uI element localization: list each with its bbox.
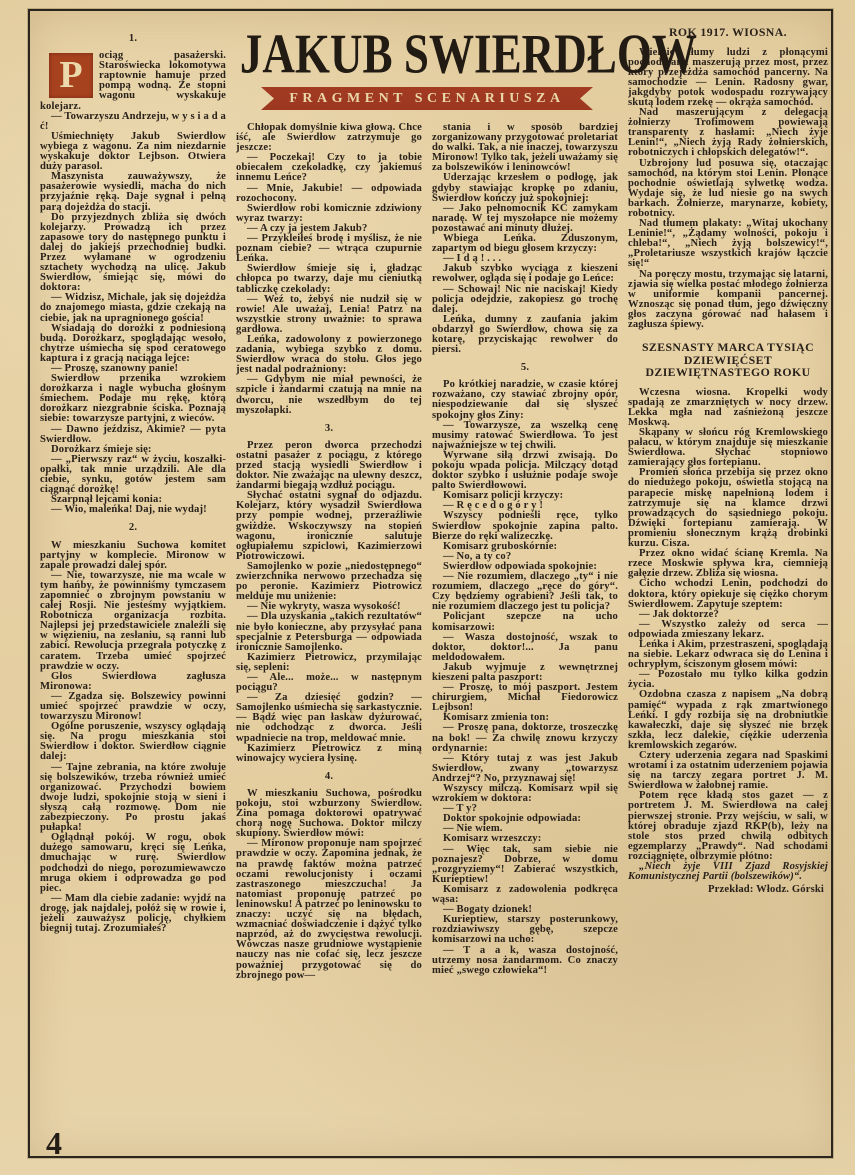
paragraph: Leńka i Akim, przestraszeni, spoglądają … [628,640,828,670]
paragraph: Skąpany w słońcu róg Kremlowskiego pałac… [628,428,828,468]
paragraph: — Jako pełnomocnik KC zamykam naradę. W … [432,204,618,234]
paragraph: Cztery uderzenia zegara nad Spaskimi wro… [628,751,828,791]
paragraph: Wczesna wiosna. Kropelki wody spadają ze… [628,388,828,428]
paragraph: — Wio, maleńka! Daj, nie wydaj! [40,505,226,515]
paragraph: Kurieptiew, starszy posterunkowy, rozdzi… [432,915,618,945]
paragraph: W mieszkaniu Suchowa, pośrodku pokoju, s… [236,789,422,839]
paragraph: Do przyjezdnych zbliża się dwóch kolejar… [40,213,226,294]
paragraph: Wbiega Leńka. Zduszonym, zapartym od bie… [432,234,618,254]
paragraph: Po krótkiej naradzie, w czasie której ro… [432,380,618,420]
paragraph: Jakub szybko wyciąga z kieszeni rewolwer… [432,264,618,284]
paragraph: — Mam dla ciebie zadanie: wyjdź na drogę… [40,894,226,934]
text-column-4: ROK 1917. WIOSNA.Wielkie tłumy ludzi z p… [628,26,828,1106]
paragraph: Cicho wchodzi Lenin, podchodzi do doktor… [628,579,828,609]
paragraph: — Nie, towarzysze, nie ma wcale w tym ha… [40,571,226,672]
paragraph: Wszyscy podnieśli ręce, tylko Swierdłow … [432,511,618,541]
paragraph: — Tajne zebrania, na które zwołuje się b… [40,763,226,834]
paragraph: — Proszę pana, doktorze, troszeczkę na b… [432,723,618,753]
paragraph: Wsiadają do dorożki z podniesioną budą. … [40,324,226,364]
slogan-paragraph: „Niech żyje VIII Zjazd Rosyjskiej Komuni… [628,862,828,882]
paragraph: — „Pierwszy raz“ w życiu, koszałki-opałk… [40,455,226,495]
paragraph: Uzbrojony lud posuwa się, otaczając samo… [628,159,828,220]
subtitle-ribbon: FRAGMENT SCENARIUSZA [261,87,593,110]
text-column-2: Chłopak domyślnie kiwa głową. Chce iść, … [236,123,422,1133]
paragraph: Kazimierz Pietrowicz z miną winowajcy wy… [236,744,422,764]
paragraph: Samojlenko w pozie „niedostępnego“ zwier… [236,562,422,602]
paragraph: — Dawno jeździsz, Akimie? — pyta Swierdł… [40,425,226,445]
section-number: 4. [236,772,422,782]
center-column-row: Chłopak domyślnie kiwa głową. Chce iść, … [236,123,618,1133]
paragraph: Maszynista zauważywszy, że pasażerowie w… [40,172,226,212]
paragraph: — Proszę, to mój paszport. Jestem chirur… [432,683,618,713]
paragraph: Policjant szepcze na ucho komisarzowi: [432,612,618,632]
paragraph: — Zgadza się. Bolszewicy powinni umieć s… [40,692,226,722]
paragraph: Potem ręce kładą stos gazet — z portrete… [628,791,828,862]
section-number: 1. [40,34,226,44]
paragraph: W mieszkaniu Suchowa komitet partyjny w … [40,541,226,571]
paragraph: — Towarzysze, za wszelką cenę musimy rat… [432,421,618,451]
paragraph: Leńka, zadowolony z powierzonego zadania… [236,335,422,375]
paragraph: — Weź to, żebyś nie nudził się w rowie! … [236,295,422,335]
paragraph: — Nie rozumiem, dlaczego „ty“ i nie rozu… [432,572,618,612]
paragraph: — Za dziesięć godzin? — Samojlenko uśmie… [236,693,422,743]
paragraph: — Wasza dostojność, wszak to doktor, dok… [432,633,618,663]
paragraph: — Gdybym nie miał pewności, że szpicle i… [236,375,422,415]
article-title: JAKUB SWIERDŁOW [240,23,614,86]
paragraph: Jakub wyjmuje z wewnętrznej kieszeni pal… [432,663,618,683]
section-number: 2. [40,523,226,533]
paragraph: Głos Swierdłowa zagłusza Mironowa: [40,672,226,692]
paragraph: Słychać ostatni sygnał do odjazdu. Kolej… [236,491,422,562]
paragraph: Wyrwane siłą drzwi zwisają. Do pokoju wp… [432,451,618,491]
paragraph: — Wszystko zależy od serca — odpowiada z… [628,620,828,640]
paragraph: Promień słońca przebija się przez okno d… [628,468,828,549]
section-number: 3. [236,424,422,434]
paragraph: Przez okno widać ścianę Kremla. Na rzece… [628,549,828,579]
paragraph: — Mironow proponuje nam spojrzeć prawdzi… [236,839,422,980]
page-number: 4 [46,1127,62,1159]
paragraph: stania i w sposób bardziej zorganizowany… [432,123,618,173]
paragraph: Oglądnął pokój. W rogu, obok dużego samo… [40,833,226,894]
translation-credit: Przekład: Włodz. Górski [628,885,828,895]
paragraph: — Mnie, Jakubie! — odpowiada rozochocony… [236,184,422,204]
section-number: 5. [432,363,618,373]
paragraph: Przez peron dworca przechodzi ostatni pa… [236,441,422,491]
paragraph: — Poczekaj! Czy to ja tobie obiecałem cz… [236,153,422,183]
paragraph: Uśmiechnięty Jakub Swierdłow wybiega z w… [40,132,226,172]
paragraph: — Dla uzyskania „takich rezultatów“ nie … [236,612,422,652]
magazine-page: 1.Pociąg pasażerski. Staroświecka lokomo… [0,0,855,1175]
drop-cap: P [49,53,93,98]
paragraph: Na poręczy mostu, trzymając się latarni,… [628,270,828,331]
paragraph: Leńka, dumny z zaufania jakim obdarzył g… [432,315,618,355]
paragraph: — Widzisz, Michale, jak się dojeżdża do … [40,293,226,323]
paragraph: — Więc tak, sam siebie nie poznajesz? Do… [432,845,618,885]
article-header: JAKUB SWIERDŁOW FRAGMENT SCENARIUSZA [236,26,618,123]
paragraph: Chłopak domyślnie kiwa głową. Chce iść, … [236,123,422,153]
paragraph: — T a a k, wasza dostojność, utrzemy nos… [432,946,618,976]
text-column-3: stania i w sposób bardziej zorganizowany… [432,123,618,1133]
paragraph: Nad tłumem plakaty: „Witaj ukochany Leni… [628,219,828,269]
paragraph: — Schowaj! Nic nie naciskaj! Kiedy polic… [432,285,618,315]
page-content: 1.Pociąg pasażerski. Staroświecka lokomo… [40,26,828,1149]
paragraph: Swierdłow robi komicznie zdziwiony wyraz… [236,204,422,224]
text-column-1: 1.Pociąg pasażerski. Staroświecka lokomo… [40,26,226,1126]
paragraph: Swierdłow śmieje się i, gładząc chłopca … [236,264,422,294]
article-subtitle: FRAGMENT SCENARIUSZA [289,92,564,106]
paragraph: Komisarz z zadowolenia podkręca wąsa: [432,885,618,905]
paragraph: Kazimierz Pietrowicz, przymilając się, s… [236,653,422,673]
paragraph: — Który tutaj z was jest Jakub Swierdłow… [432,754,618,784]
paragraph: — Ale... może... w następnym pociągu? [236,673,422,693]
paragraph: Wszyscy milczą. Komisarz wpił się wzroki… [432,784,618,804]
paragraph: Ogólne poruszenie, wszyscy oglądają się.… [40,722,226,762]
paragraph: Ozdobna czasza z napisem „Na dobrą pamię… [628,690,828,751]
paragraph: Nad maszerującym z delegacją żołnierzy T… [628,108,828,158]
column-heading: SZESNASTY MARCA TYSIĄC DZIEWIĘĆSET DZIEW… [628,341,828,379]
center-columns: JAKUB SWIERDŁOW FRAGMENT SCENARIUSZA Chł… [236,26,618,1133]
opening-paragraph: Pociąg pasażerski. Staroświecka lokomoty… [40,51,226,112]
paragraph: — Towarzyszu Andrzeju, w y s i a d a ć! [40,112,226,132]
paragraph: Uderzając krzesłem o podłogę, jak gdyby … [432,173,618,203]
paragraph: — Przykleiłeś brodę i myślisz, że nie po… [236,234,422,264]
paragraph: — Pozostało mu tylko kilka godzin życia. [628,670,828,690]
paragraph: Swierdłow przenika wzrokiem dorożkarza i… [40,374,226,424]
